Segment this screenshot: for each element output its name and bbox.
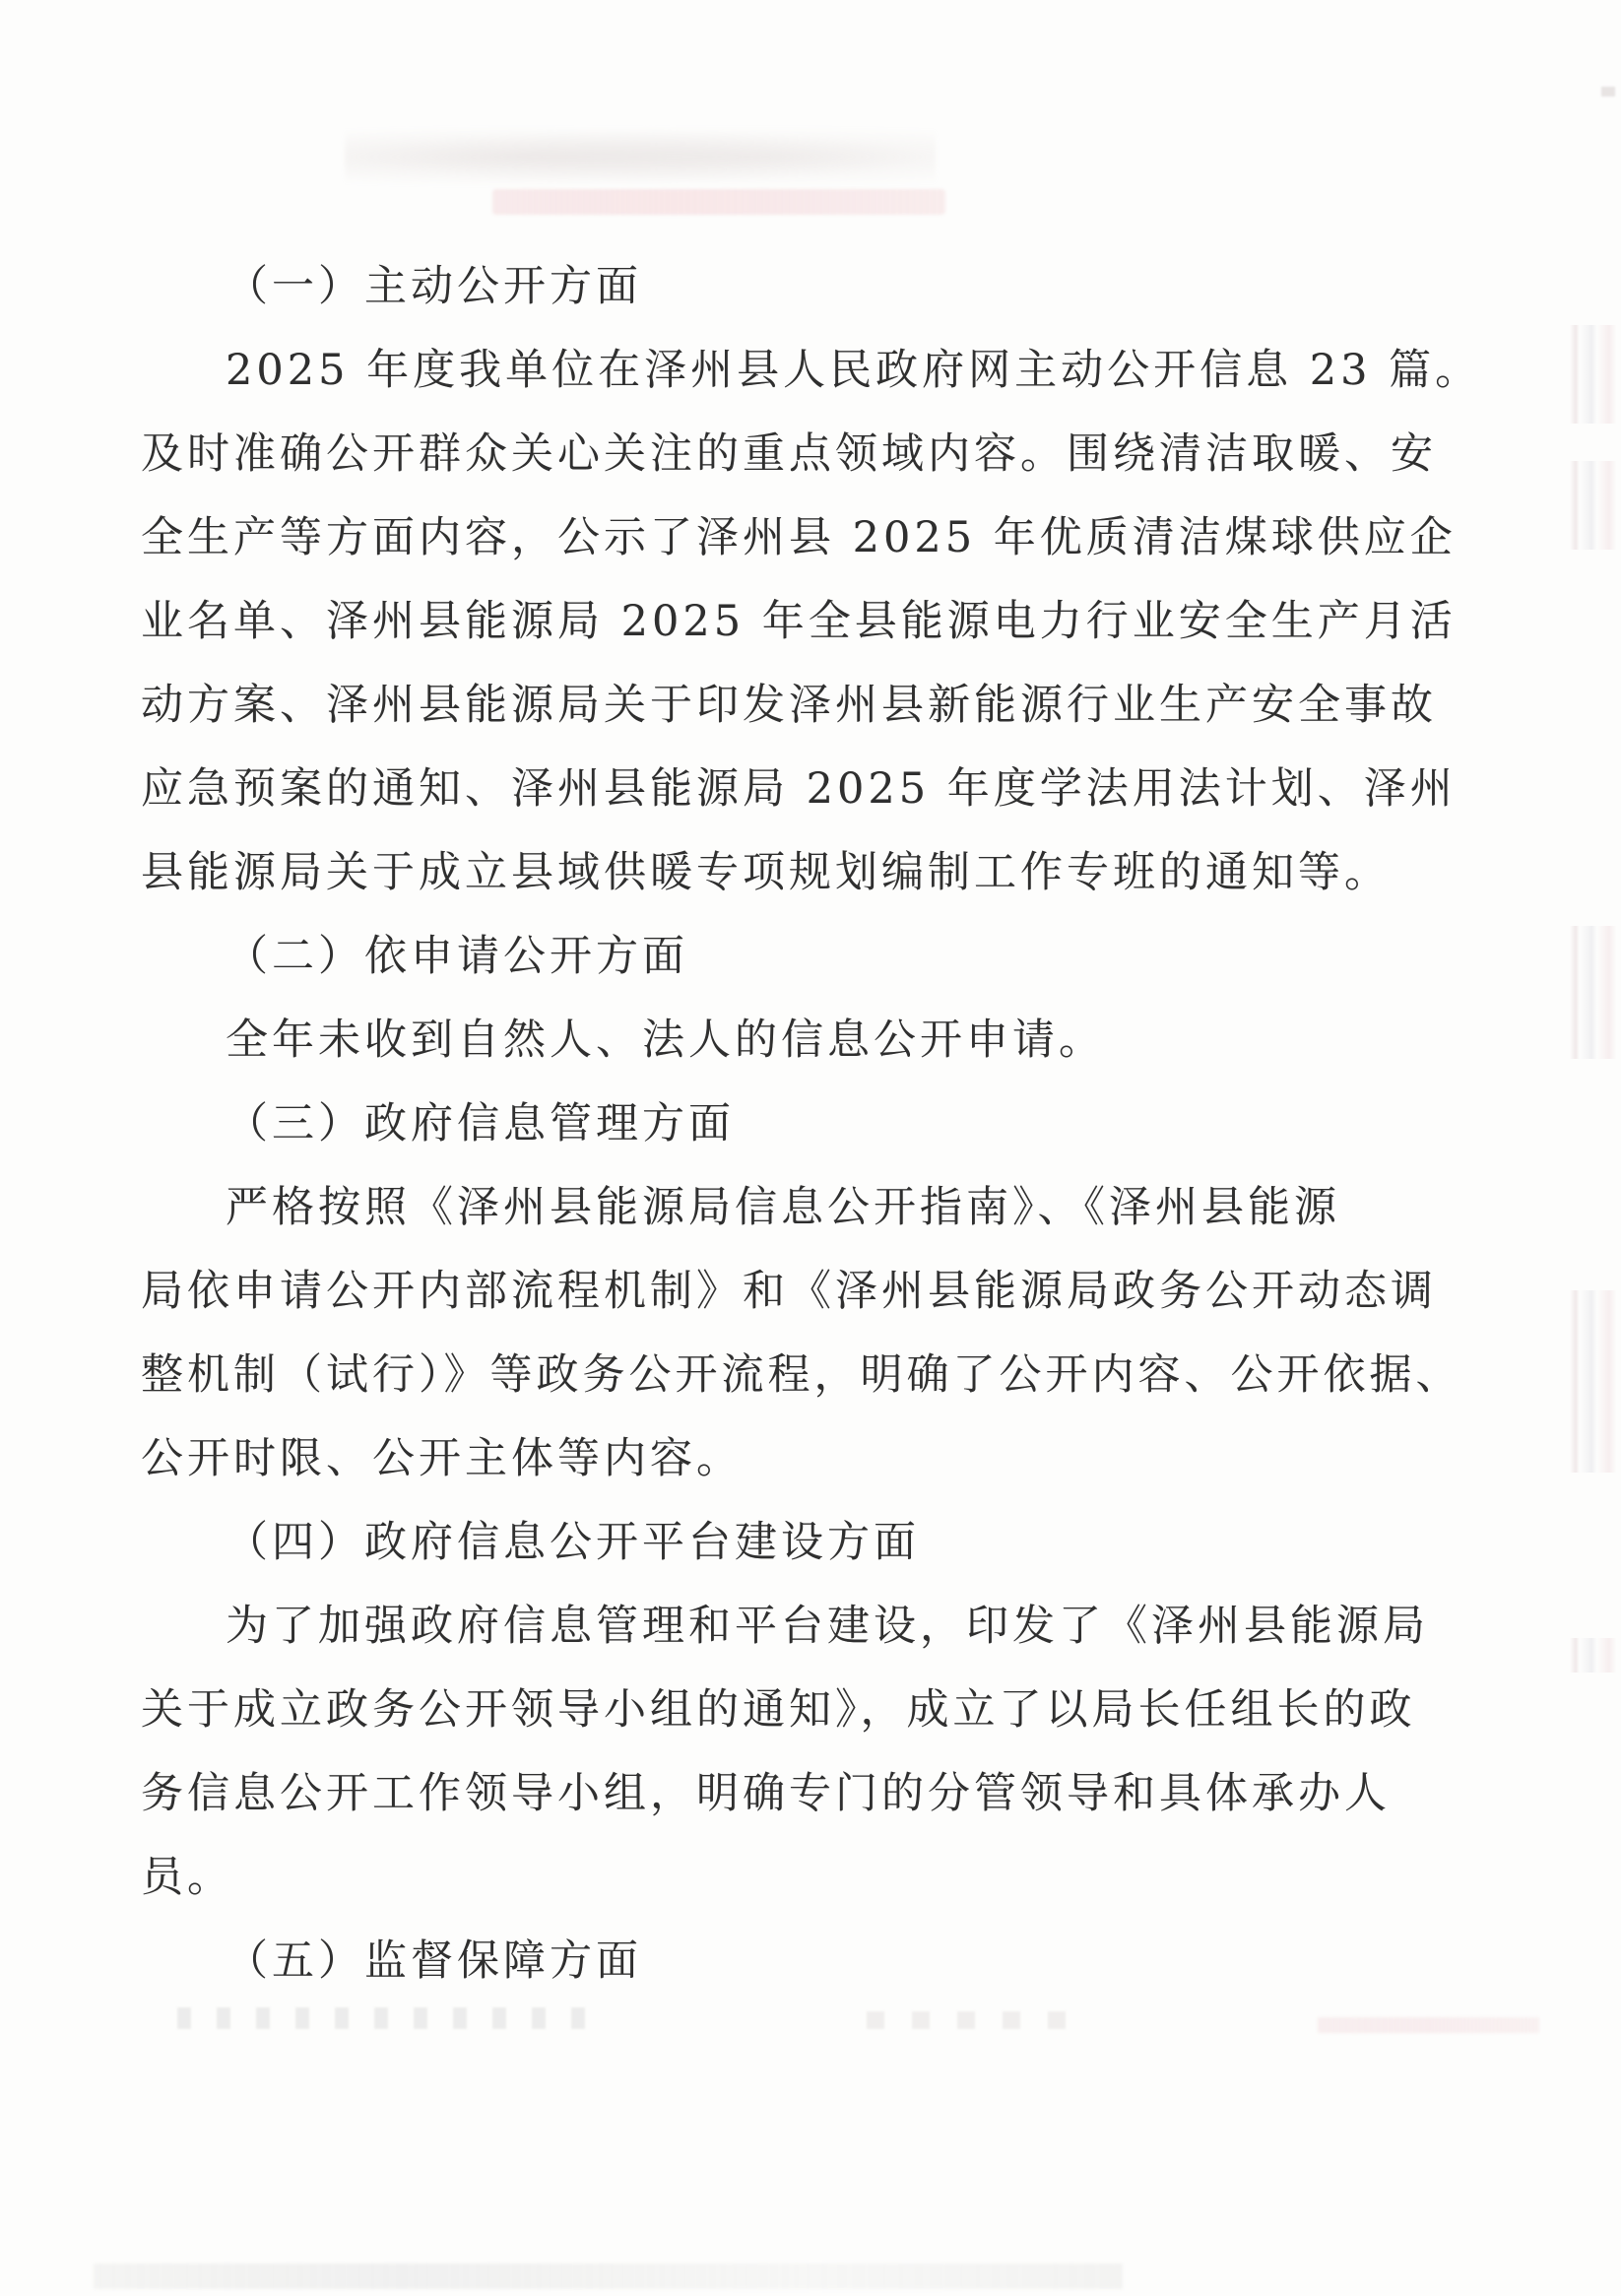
section-1-line: 应急预案的通知、泽州县能源局 2025 年度学法用法计划、泽州 [141,744,1451,827]
bottom-scan-band [94,2263,1123,2289]
bleed-through-ghost-text [345,126,936,187]
section-4-line: 关于成立政务公开领导小组的通知》，成立了以局长任组长的政 [141,1665,1451,1748]
section-5-heading: （五）监督保障方面 [141,1916,1451,2000]
section-1-line: 及时准确公开群众关心关注的重点领域内容。围绕清洁取暖、安 [141,409,1451,492]
section-2-heading: （二）依申请公开方面 [141,911,1451,995]
right-edge-scan-line [1570,1638,1619,1673]
section-1-line: 业名单、泽州县能源局 2025 年全县能源电力行业安全生产月活 [141,576,1451,660]
section-1-heading: （一）主动公开方面 [141,241,1451,325]
right-edge-scan-line [1570,1290,1619,1473]
bottom-scan-noise [867,2011,1088,2029]
scan-noise-mark [1601,87,1615,97]
section-4-line: 为了加强政府信息管理和平台建设，印发了《泽州县能源局 [141,1581,1451,1665]
section-3-line: 公开时限、公开主体等内容。 [141,1413,1451,1497]
section-2-line: 全年未收到自然人、法人的信息公开申请。 [141,995,1451,1079]
section-3-line: 整机制（试行）》等政务公开流程，明确了公开内容、公开依据、 [141,1330,1451,1413]
section-3-line: 严格按照《泽州县能源局信息公开指南》、《泽州县能源 [141,1162,1451,1246]
right-edge-scan-line [1570,926,1619,1059]
section-3-heading: （三）政府信息管理方面 [141,1079,1451,1162]
section-4-line: 务信息公开工作领导小组，明确专门的分管领导和具体承办人 [141,1748,1451,1832]
section-4-heading: （四）政府信息公开平台建设方面 [141,1497,1451,1581]
right-edge-scan-line [1570,325,1619,424]
section-4-line: 员。 [141,1832,1451,1916]
pink-scan-smear [492,189,945,215]
section-1-line: 动方案、泽州县能源局关于印发泽州县新能源行业生产安全事故 [141,660,1451,744]
bottom-scan-noise [177,2007,611,2029]
right-edge-scan-line [1570,461,1619,550]
section-3-line: 局依申请公开内部流程机制》和《泽州县能源局政务公开动态调 [141,1246,1451,1330]
scanned-document-page: （一）主动公开方面 2025 年度我单位在泽州县人民政府网主动公开信息 23 篇… [0,0,1621,2296]
bottom-pink-scan-noise [1318,2017,1539,2033]
section-1-line: 全生产等方面内容，公示了泽州县 2025 年优质清洁煤球供应企 [141,492,1451,576]
section-1-line: 县能源局关于成立县域供暖专项规划编制工作专班的通知等。 [141,827,1451,911]
section-1-line: 2025 年度我单位在泽州县人民政府网主动公开信息 23 篇。 [141,325,1451,409]
document-body: （一）主动公开方面 2025 年度我单位在泽州县人民政府网主动公开信息 23 篇… [141,241,1451,2000]
